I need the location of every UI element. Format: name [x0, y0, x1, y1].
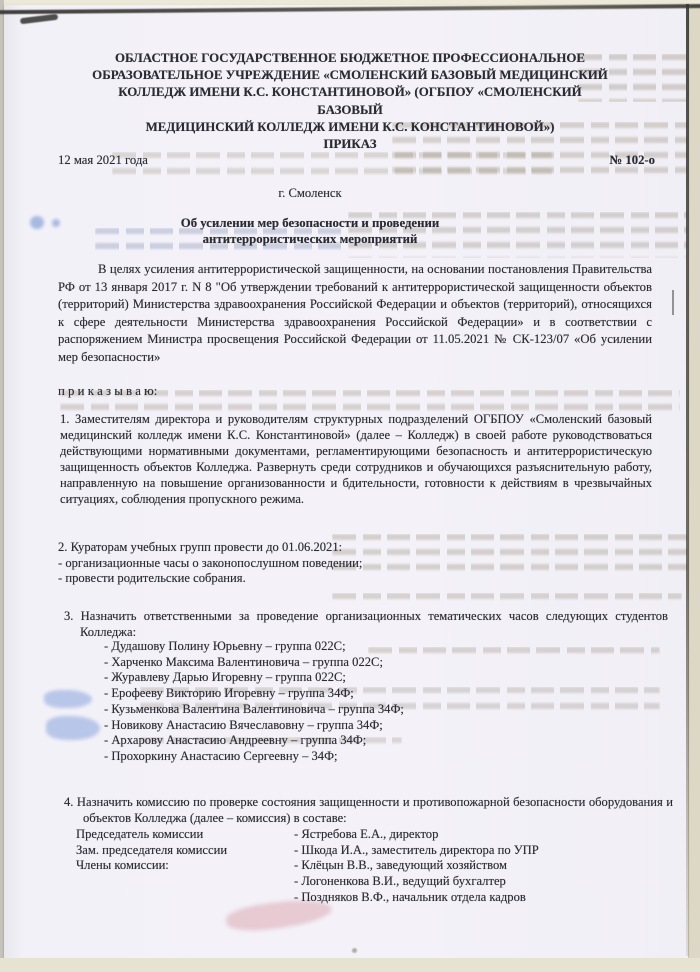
order-item-2-head: 2. Кураторам учебных групп провести до 0…	[58, 540, 652, 556]
org-name-line: КОЛЛЕДЖ ИМЕНИ К.С. КОНСТАНТИНОВОЙ» (ОГБП…	[90, 84, 610, 118]
doc-subject-line-2: антитеррористических мероприятий	[15, 231, 605, 247]
student-item: - Журавлеву Дарью Игоревну – группа 022С…	[104, 670, 524, 686]
order-item-2-bullet: - организационные часы о законопослушном…	[58, 556, 652, 572]
doc-type-title: ПРИКАЗ	[90, 136, 610, 153]
org-name-line: МЕДИЦИНСКИЙ КОЛЛЕДЖ ИМЕНИ К.С. КОНСТАНТИ…	[90, 119, 610, 136]
doc-subject: Об усилении мер безопасности и проведени…	[15, 215, 605, 247]
committee-row: Председатель комиссии - Ястребова Е.А., …	[76, 827, 654, 843]
date-number-row: № 102-о 12 мая 2021 года	[58, 153, 655, 168]
org-name-line: ОБРАЗОВАТЕЛЬНОЕ УЧРЕЖДЕНИЕ «СМОЛЕНСКИЙ Б…	[90, 67, 610, 84]
pen-mark-blue-squiggle-1	[44, 690, 92, 708]
student-item: - Дудашову Полину Юрьевну – группа 022С;	[104, 639, 524, 655]
committee-person: - Шкода И.А., заместитель директора по У…	[294, 843, 654, 859]
committee-role: Зам. председателя комиссии	[76, 843, 294, 859]
committee-person: - Ястребова Е.А., директор	[294, 827, 654, 843]
decree-word: п р и к а з ы в а ю:	[58, 384, 157, 399]
order-item-4-head: 4. Назначить комиссию по проверке состоя…	[64, 795, 673, 826]
scan-artifact-scratch	[672, 290, 674, 315]
scanned-document-page: ОБЛАСТНОЕ ГОСУДАРСТВЕННОЕ БЮДЖЕТНОЕ ПРОФ…	[0, 0, 700, 972]
doc-subject-line-1: Об усилении мер безопасности и проведени…	[15, 215, 605, 231]
student-list: - Дудашову Полину Юрьевну – группа 022С;…	[104, 639, 524, 765]
student-item: - Ерофееву Викторию Игоревну – группа 34…	[104, 686, 524, 702]
student-item: - Харченко Максима Валентиновича – групп…	[104, 655, 524, 671]
committee-person: - Клёцын В.В., заведующий хозяйством	[294, 858, 654, 874]
paper-edge-right-shadow	[686, 4, 689, 956]
doc-date: 12 мая 2021 года	[58, 153, 148, 167]
intro-paragraph: В целях усиления антитеррористической за…	[58, 261, 652, 366]
student-item: - Архарову Анастасию Андреевну – группа …	[104, 733, 524, 749]
order-item-2-bullet: - провести родительские собрания.	[58, 571, 652, 587]
student-item: - Новикову Анастасию Вячеславовну – груп…	[104, 718, 524, 734]
committee-row: - Поздняков В.Ф., начальник отдела кадро…	[76, 890, 654, 906]
committee-row: - Логоненкова В.И., ведущий бухгалтер	[76, 874, 654, 890]
order-item-1: 1. Заместителям директора и руководителя…	[60, 412, 652, 507]
doc-number: № 102-о	[609, 153, 655, 168]
org-name-line: ОБЛАСТНОЕ ГОСУДАРСТВЕННОЕ БЮДЖЕТНОЕ ПРОФ…	[90, 50, 610, 67]
student-item: - Прохоркину Анастасию Сергеевну – 34Ф;	[104, 749, 524, 765]
committee-role: Члены комиссии:	[76, 858, 294, 874]
pen-mark-blue-squiggle-2	[46, 716, 100, 740]
order-item-3-head: 3. Назначить ответственными за проведени…	[64, 609, 668, 640]
committee-person: - Поздняков В.Ф., начальник отдела кадро…	[294, 890, 654, 906]
doc-city: г. Смоленск	[15, 186, 605, 201]
committee-person: - Логоненкова В.И., ведущий бухгалтер	[294, 874, 654, 890]
committee-row: Члены комиссии: - Клёцын В.В., заведующи…	[76, 858, 654, 874]
committee-role: Председатель комиссии	[76, 827, 294, 843]
committee-role	[76, 890, 294, 906]
committee-table: Председатель комиссии - Ястребова Е.А., …	[76, 827, 654, 906]
scanner-border-bottom	[0, 958, 700, 972]
org-header: ОБЛАСТНОЕ ГОСУДАРСТВЕННОЕ БЮДЖЕТНОЕ ПРОФ…	[90, 50, 610, 153]
order-item-2: 2. Кураторам учебных групп провести до 0…	[58, 540, 652, 587]
committee-role	[76, 874, 294, 890]
student-item: - Кузьменкова Валентина Валентиновича – …	[104, 702, 524, 718]
scan-artifact-speck	[352, 948, 357, 953]
committee-row: Зам. председателя комиссии - Шкода И.А.,…	[76, 843, 654, 859]
